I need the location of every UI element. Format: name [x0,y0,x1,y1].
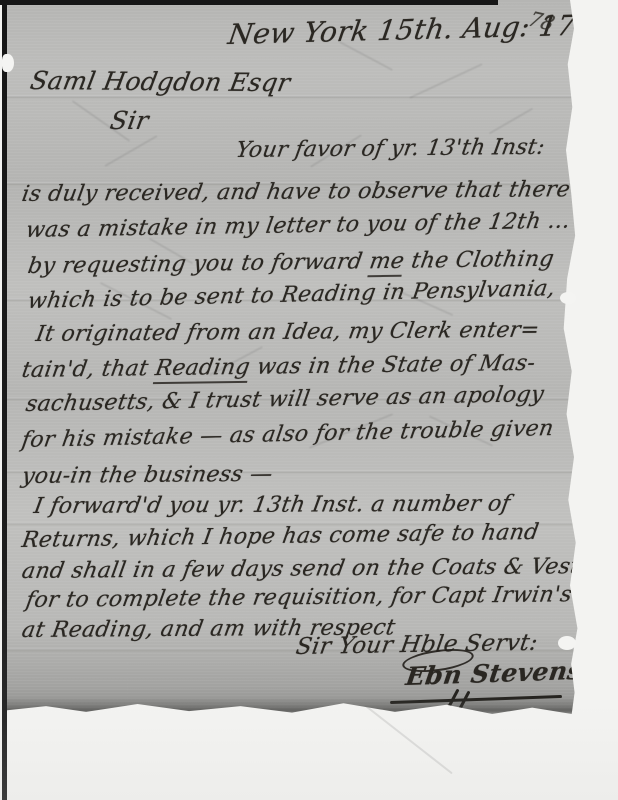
line-text: sachusetts, & I trust will serve as an a… [24,382,546,417]
showthrough-mark [105,135,158,167]
underlined-word: Reading [153,355,252,384]
line-text: you-in the business — [20,462,275,489]
document-scan: 78 New York 15th. Aug: 1799 Saml Hodgdon… [0,0,618,800]
paper-edge-tear [2,54,14,72]
line-text: by requesting you to forward [26,249,372,279]
letter-line: and shall in a few days send on the Coat… [20,554,593,584]
underlined-word: me [367,249,406,277]
signature: Ebn Stevens. [404,656,593,691]
letter-line: Your favor of yr. 13'th Inst: [234,135,547,163]
signature-flourish-slash [458,691,470,710]
letter-line: was a mistake in my letter to you of the… [24,209,572,243]
letter-page: 78 New York 15th. Aug: 1799 Saml Hodgdon… [6,0,578,714]
line-text: and shall in a few days send on the Coat… [20,554,593,584]
line-text: is duly received, and have to observe th… [20,177,572,207]
scan-top-bar [0,0,498,5]
showthrough-mark [409,63,482,99]
scan-scratch-mark [363,704,452,775]
letter-line: tain'd, that Reading was in the State of… [20,351,537,383]
signature-flourish-slash [447,689,459,708]
signature-flourish-underline [390,695,562,704]
line-text: was in the State of Mas- [248,351,537,380]
line-text: which is to be sent to Reading in Pensyl… [26,276,557,314]
recipient-name: Saml Hodgdon Esqr [28,66,293,97]
line-text: for to complete the requisition, for Cap… [24,582,618,613]
line-text: was a mistake in my letter to you of the… [24,209,572,243]
letter-line: by requesting you to forward me the Clot… [26,247,556,279]
showthrough-mark [489,108,533,135]
line-text: It originated from an Idea, my Clerk ent… [34,318,541,347]
letter-line: is duly received, and have to observe th… [20,177,572,207]
letter-line: for to complete the requisition, for Cap… [24,582,618,613]
letter-line: for his mistake — as also for the troubl… [20,416,555,453]
paper-edge-tear [558,636,576,650]
letter-line: sachusetts, & I trust will serve as an a… [24,382,546,417]
line-text: Your favor of yr. 13'th Inst: [234,135,547,163]
letter-line: It originated from an Idea, my Clerk ent… [34,318,541,347]
letter-line: which is to be sent to Reading in Pensyl… [26,276,557,314]
paper-edge-tear [560,292,576,304]
dateline: New York 15th. Aug: 1799 [226,8,614,51]
letter-line: I forward'd you yr. 13th Inst. a number … [32,492,512,519]
line-text: the Clothing [402,247,556,274]
line-text: for his mistake — as also for the troubl… [20,416,555,453]
letter-line: you-in the business — [20,462,275,489]
line-text: tain'd, that [20,356,158,383]
scan-edge-line [2,0,7,800]
line-text: I forward'd you yr. 13th Inst. a number … [32,492,512,519]
salutation: Sir [108,106,151,135]
